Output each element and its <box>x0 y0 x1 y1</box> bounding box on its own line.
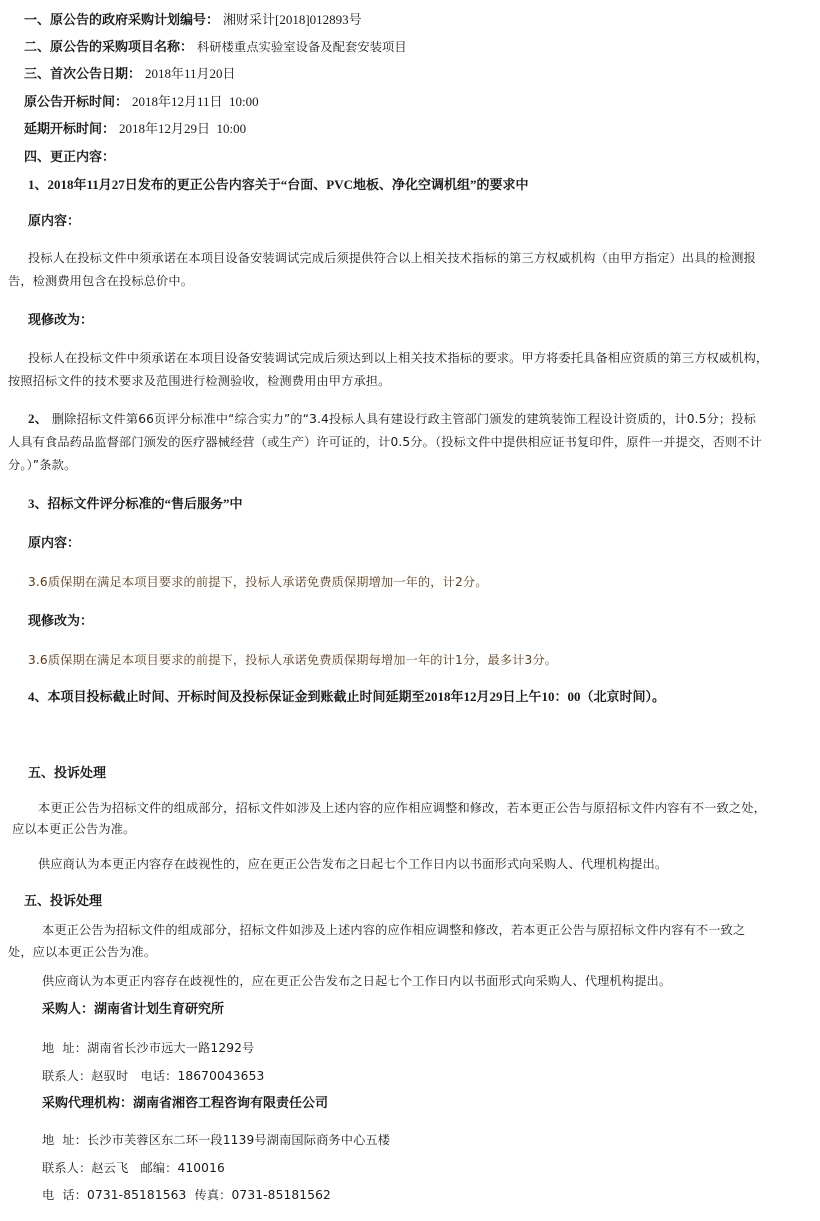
section4-title: 四、更正内容： <box>24 149 115 165</box>
item1-original-label: 原内容： <box>28 213 80 229</box>
project-name-value: 科研楼重点实验室设备及配套安装项目 <box>197 40 407 54</box>
complaint-a-para2: 供应商认为本更正内容存在歧视性的，应在更正公告发布之日起七个工作日内以书面形式向… <box>38 856 667 872</box>
item3-revised-text: 3.6质保期在满足本项目要求的前提下，投标人承诺免费质保期每增加一年的计1分，最… <box>28 652 557 668</box>
postponed-opening-time-label: 延期开标时间： <box>24 121 115 136</box>
original-opening-time-value: 2018年12月11日 10:00 <box>132 94 259 109</box>
item2-line1-text: 删除招标文件第66页评分标准中“综合实力”的“3.4投标人具有建设行政主管部门颁… <box>48 412 756 426</box>
agency-label: 采购代理机构：湖南省湘咨工程咨询有限责任公司 <box>42 1095 328 1111</box>
agency-phone: 电 话：0731-85181563 传真：0731-85181562 <box>42 1187 331 1203</box>
plan-number-line: 一、原公告的政府采购计划编号： 湘财采计[2018]012893号 <box>24 12 362 28</box>
complaint-b-title: 五、投诉处理 <box>24 893 102 909</box>
item2-line1: 2、 删除招标文件第66页评分标准中“综合实力”的“3.4投标人具有建设行政主管… <box>28 411 756 427</box>
complaint-a-para1-line1: 本更正公告为招标文件的组成部分，招标文件如涉及上述内容的应作相应调整和修改，若本… <box>38 800 766 816</box>
postponed-opening-time-line: 延期开标时间： 2018年12月29日 10:00 <box>24 121 246 137</box>
purchaser-address: 地 址：湖南省长沙市远大一路1292号 <box>42 1040 254 1056</box>
item1-original-line1: 投标人在投标文件中须承诺在本项目设备安装调试完成后须提供符合以上相关技术指标的第… <box>28 250 756 266</box>
item1-revised-label: 现修改为： <box>28 312 93 328</box>
item2-line3: 分。）”条款。 <box>8 457 76 473</box>
item1-revised-line2: 按照招标文件的技术要求及范围进行检测验收，检测费用由甲方承担。 <box>8 373 390 389</box>
complaint-a-para1-line2: 应以本更正公告为准。 <box>12 821 135 837</box>
complaint-b-para1-line1: 本更正公告为招标文件的组成部分，招标文件如涉及上述内容的应作相应调整和修改，若本… <box>42 922 745 938</box>
item3-original-text: 3.6质保期在满足本项目要求的前提下，投标人承诺免费质保期增加一年的，计2分。 <box>28 574 488 590</box>
purchaser-contact: 联系人：赵驭时 电话：18670043653 <box>42 1068 264 1084</box>
complaint-b-para2: 供应商认为本更正内容存在歧视性的，应在更正公告发布之日起七个工作日内以书面形式向… <box>42 973 671 989</box>
item3-original-label: 原内容： <box>28 535 80 551</box>
project-name-line: 二、原公告的采购项目名称： 科研楼重点实验室设备及配套安装项目 <box>24 39 407 55</box>
item2-number: 2、 <box>28 411 48 426</box>
original-opening-time-label: 原公告开标时间： <box>24 94 128 109</box>
item4-title: 4、本项目投标截止时间、开标时间及投标保证金到账截止时间延期至2018年12月2… <box>28 689 665 705</box>
original-opening-time-line: 原公告开标时间： 2018年12月11日 10:00 <box>24 94 259 110</box>
item3-revised-label: 现修改为： <box>28 613 93 629</box>
project-name-label: 二、原公告的采购项目名称： <box>24 39 193 54</box>
purchaser-label: 采购人：湖南省计划生育研究所 <box>42 1001 224 1017</box>
item3-title: 3、招标文件评分标准的“售后服务”中 <box>28 496 243 512</box>
first-notice-date-line: 三、首次公告日期： 2018年11月20日 <box>24 66 236 82</box>
agency-address: 地 址：长沙市芙蓉区东二环一段1139号湖南国际商务中心五楼 <box>42 1132 390 1148</box>
first-notice-date-value: 2018年11月20日 <box>145 66 236 81</box>
item2-line2: 人具有食品药品监督部门颁发的医疗器械经营（或生产）许可证的，计0.5分。（投标文… <box>8 434 762 450</box>
postponed-opening-time-value: 2018年12月29日 10:00 <box>119 121 246 136</box>
item1-title: 1、2018年11月27日发布的更正公告内容关于“台面、PVC地板、净化空调机组… <box>28 177 529 193</box>
item1-revised-line1: 投标人在投标文件中须承诺在本项目设备安装调试完成后须达到以上相关技术指标的要求。… <box>28 350 768 366</box>
first-notice-date-label: 三、首次公告日期： <box>24 66 141 81</box>
plan-number-value: 湘财采计[2018]012893号 <box>223 12 362 27</box>
agency-contact: 联系人：赵云飞 邮编：410016 <box>42 1160 225 1176</box>
plan-number-label: 一、原公告的政府采购计划编号： <box>24 12 219 27</box>
complaint-a-title: 五、投诉处理 <box>28 765 106 781</box>
complaint-b-para1-line2: 处，应以本更正公告为准。 <box>8 944 156 960</box>
item1-original-line2: 告，检测费用包含在投标总价中。 <box>8 273 193 289</box>
